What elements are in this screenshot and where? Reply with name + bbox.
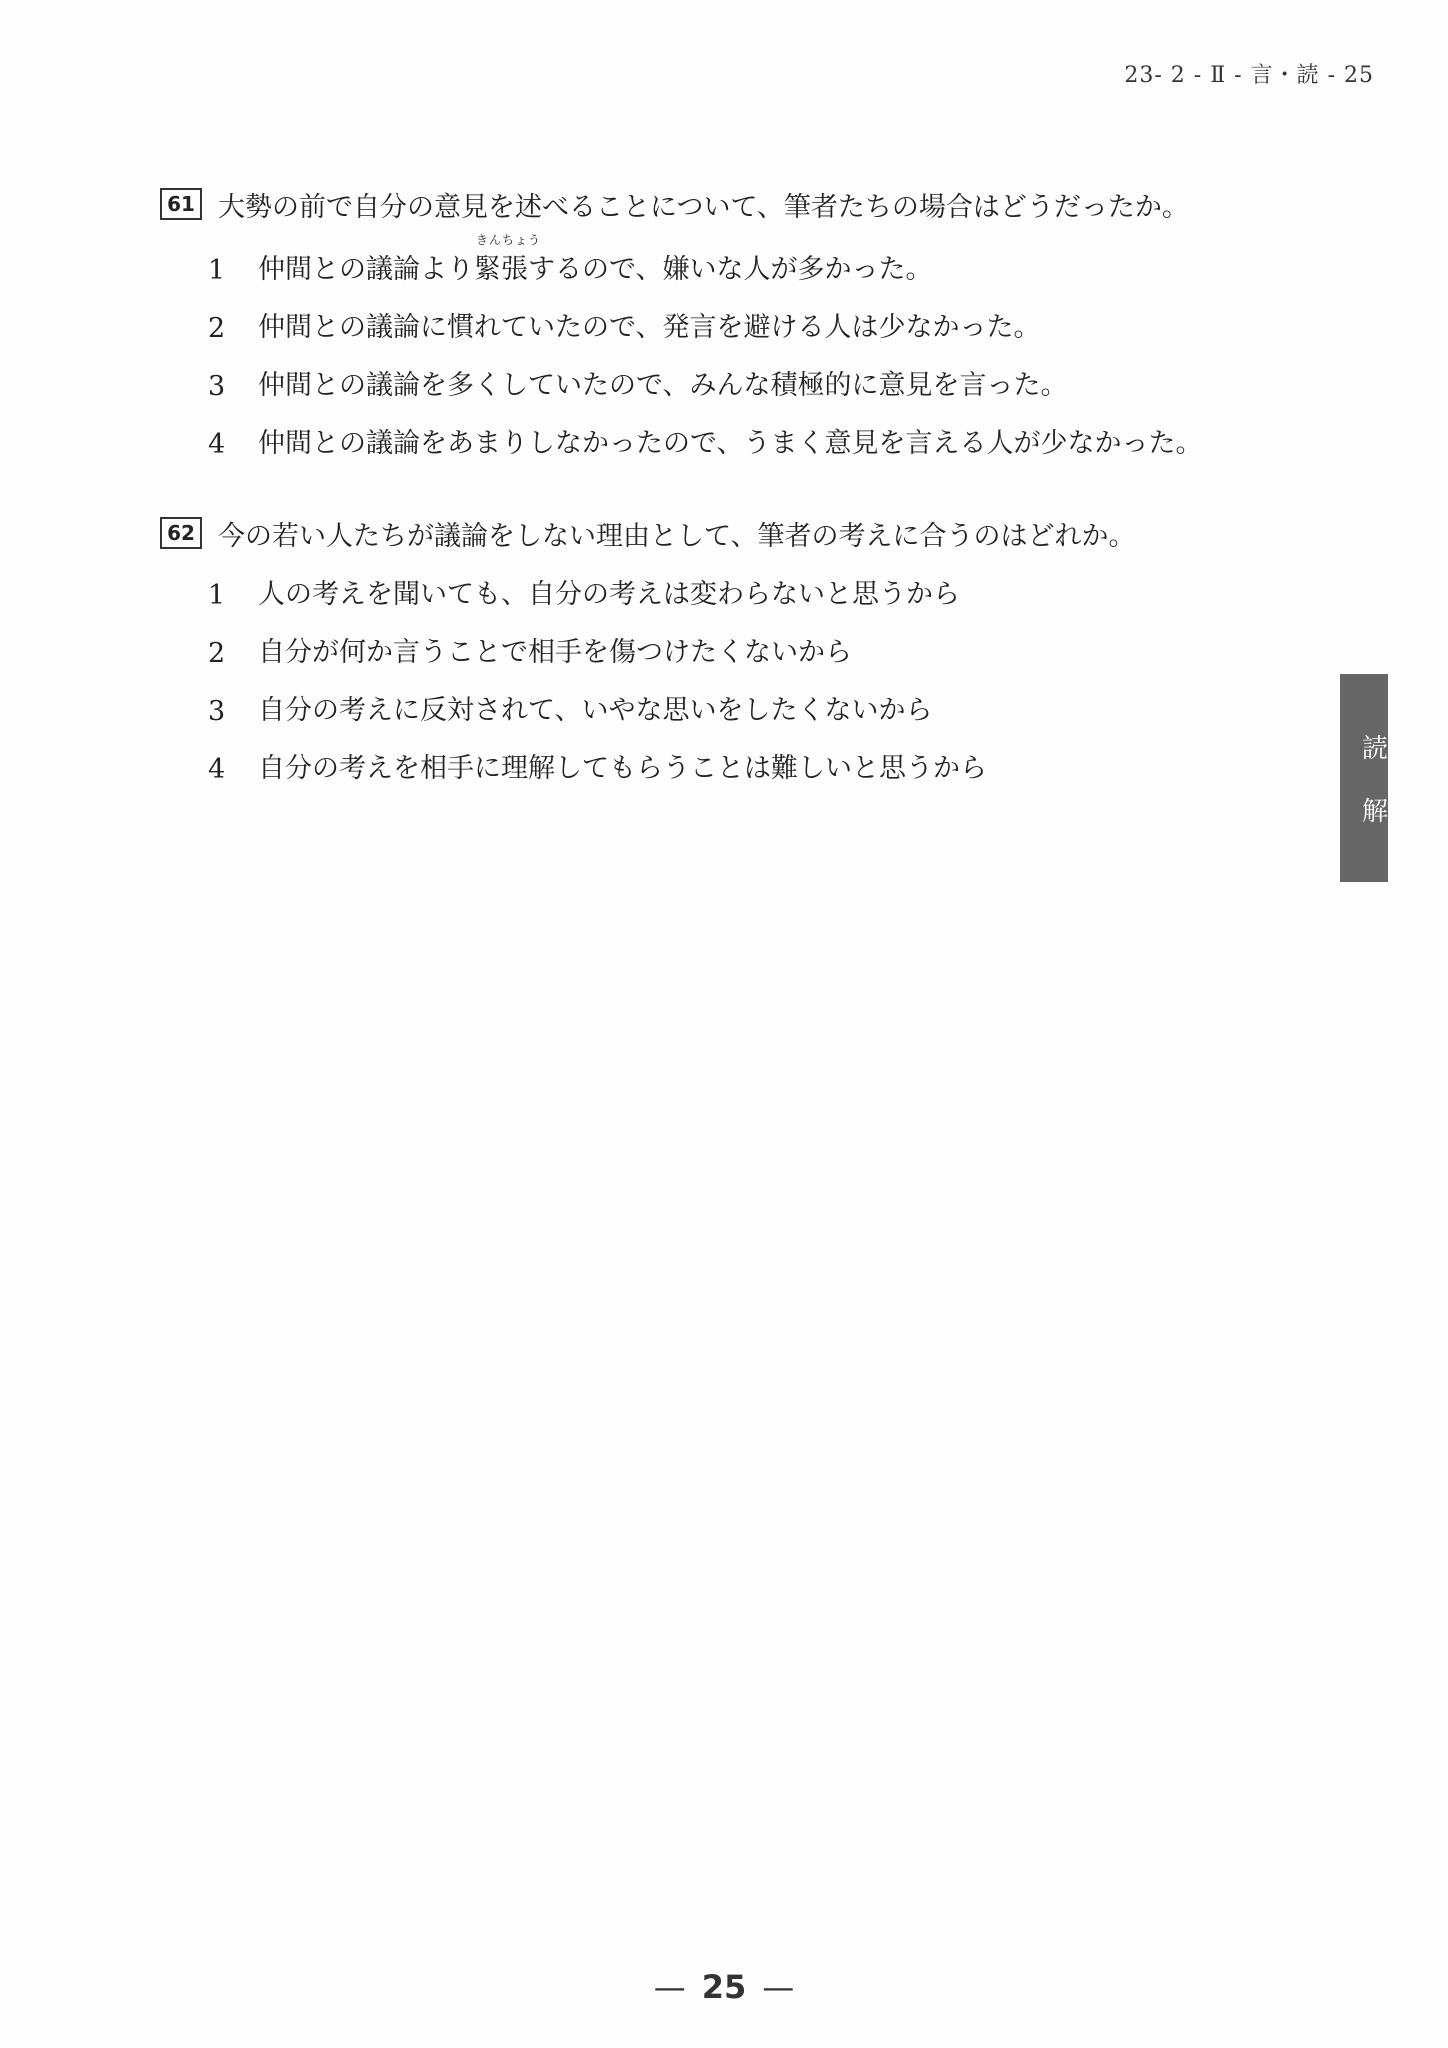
question-text: 今の若い人たちが議論をしない理由として、筆者の考えに合うのはどれか。 [218, 514, 1135, 553]
option-number: 3 [208, 371, 258, 402]
option-text: 仲間との議論を多くしていたので、みんな積極的に意見を言った。 [258, 363, 1067, 402]
answer-option: 1 人の考えを聞いても、自分の考えは変わらないと思うから [160, 571, 1135, 611]
answer-option: 1 仲間との議論よりきんちょう緊張するので、嫌いな人が多かった。 [160, 246, 1202, 286]
option-number: 3 [208, 696, 258, 727]
section-tab-char: 解 [1362, 791, 1388, 828]
dash-right: — [762, 1968, 794, 2006]
question-number-box: 61 [160, 188, 202, 220]
answer-option: 3 仲間との議論を多くしていたので、みんな積極的に意見を言った。 [160, 362, 1202, 402]
answer-option: 4 自分の考えを相手に理解してもらうことは難しいと思うから [160, 745, 1135, 785]
option-text: 仲間との議論よりきんちょう緊張するので、嫌いな人が多かった。 [258, 247, 932, 286]
section-tab-reading: 読 解 [1340, 674, 1388, 882]
dash-left: — [654, 1968, 686, 2006]
answer-option: 3 自分の考えに反対されて、いやな思いをしたくないから [160, 687, 1135, 727]
option-text: 自分の考えに反対されて、いやな思いをしたくないから [258, 688, 932, 727]
question-number-box: 62 [160, 517, 202, 549]
option-number: 2 [208, 313, 258, 344]
question-prompt: 62 今の若い人たちが議論をしない理由として、筆者の考えに合うのはどれか。 [160, 513, 1135, 553]
page-number: —25— [0, 1968, 1448, 2006]
option-number: 1 [208, 580, 258, 611]
page-number-value: 25 [702, 1968, 747, 2006]
option-number: 4 [208, 429, 258, 460]
option-text: 仲間との議論をあまりしなかったので、うまく意見を言える人が少なかった。 [258, 421, 1202, 460]
option-text: 自分が何か言うことで相手を傷つけたくないから [258, 630, 852, 669]
answer-option: 2 自分が何か言うことで相手を傷つけたくないから [160, 629, 1135, 669]
option-text: 人の考えを聞いても、自分の考えは変わらないと思うから [258, 572, 960, 611]
option-number: 1 [208, 255, 258, 286]
section-tab-char: 読 [1362, 728, 1388, 765]
option-text: 仲間との議論に慣れていたので、発言を避ける人は少なかった。 [258, 305, 1040, 344]
option-number: 4 [208, 754, 258, 785]
page-header-code: 23- 2 - Ⅱ - 言・読 - 25 [1124, 58, 1374, 89]
question-61: 61 大勢の前で自分の意見を述べることについて、筆者たちの場合はどうだったか。 … [160, 184, 1202, 460]
question-62: 62 今の若い人たちが議論をしない理由として、筆者の考えに合うのはどれか。 1 … [160, 513, 1135, 785]
answer-option: 4 仲間との議論をあまりしなかったので、うまく意見を言える人が少なかった。 [160, 420, 1202, 460]
ruby-word: きんちょう緊張 [474, 247, 528, 286]
option-text: 自分の考えを相手に理解してもらうことは難しいと思うから [258, 746, 987, 785]
option-number: 2 [208, 638, 258, 669]
answer-option: 2 仲間との議論に慣れていたので、発言を避ける人は少なかった。 [160, 304, 1202, 344]
question-prompt: 61 大勢の前で自分の意見を述べることについて、筆者たちの場合はどうだったか。 [160, 184, 1202, 224]
question-text: 大勢の前で自分の意見を述べることについて、筆者たちの場合はどうだったか。 [218, 185, 1189, 224]
furigana: きんちょう [476, 231, 541, 248]
